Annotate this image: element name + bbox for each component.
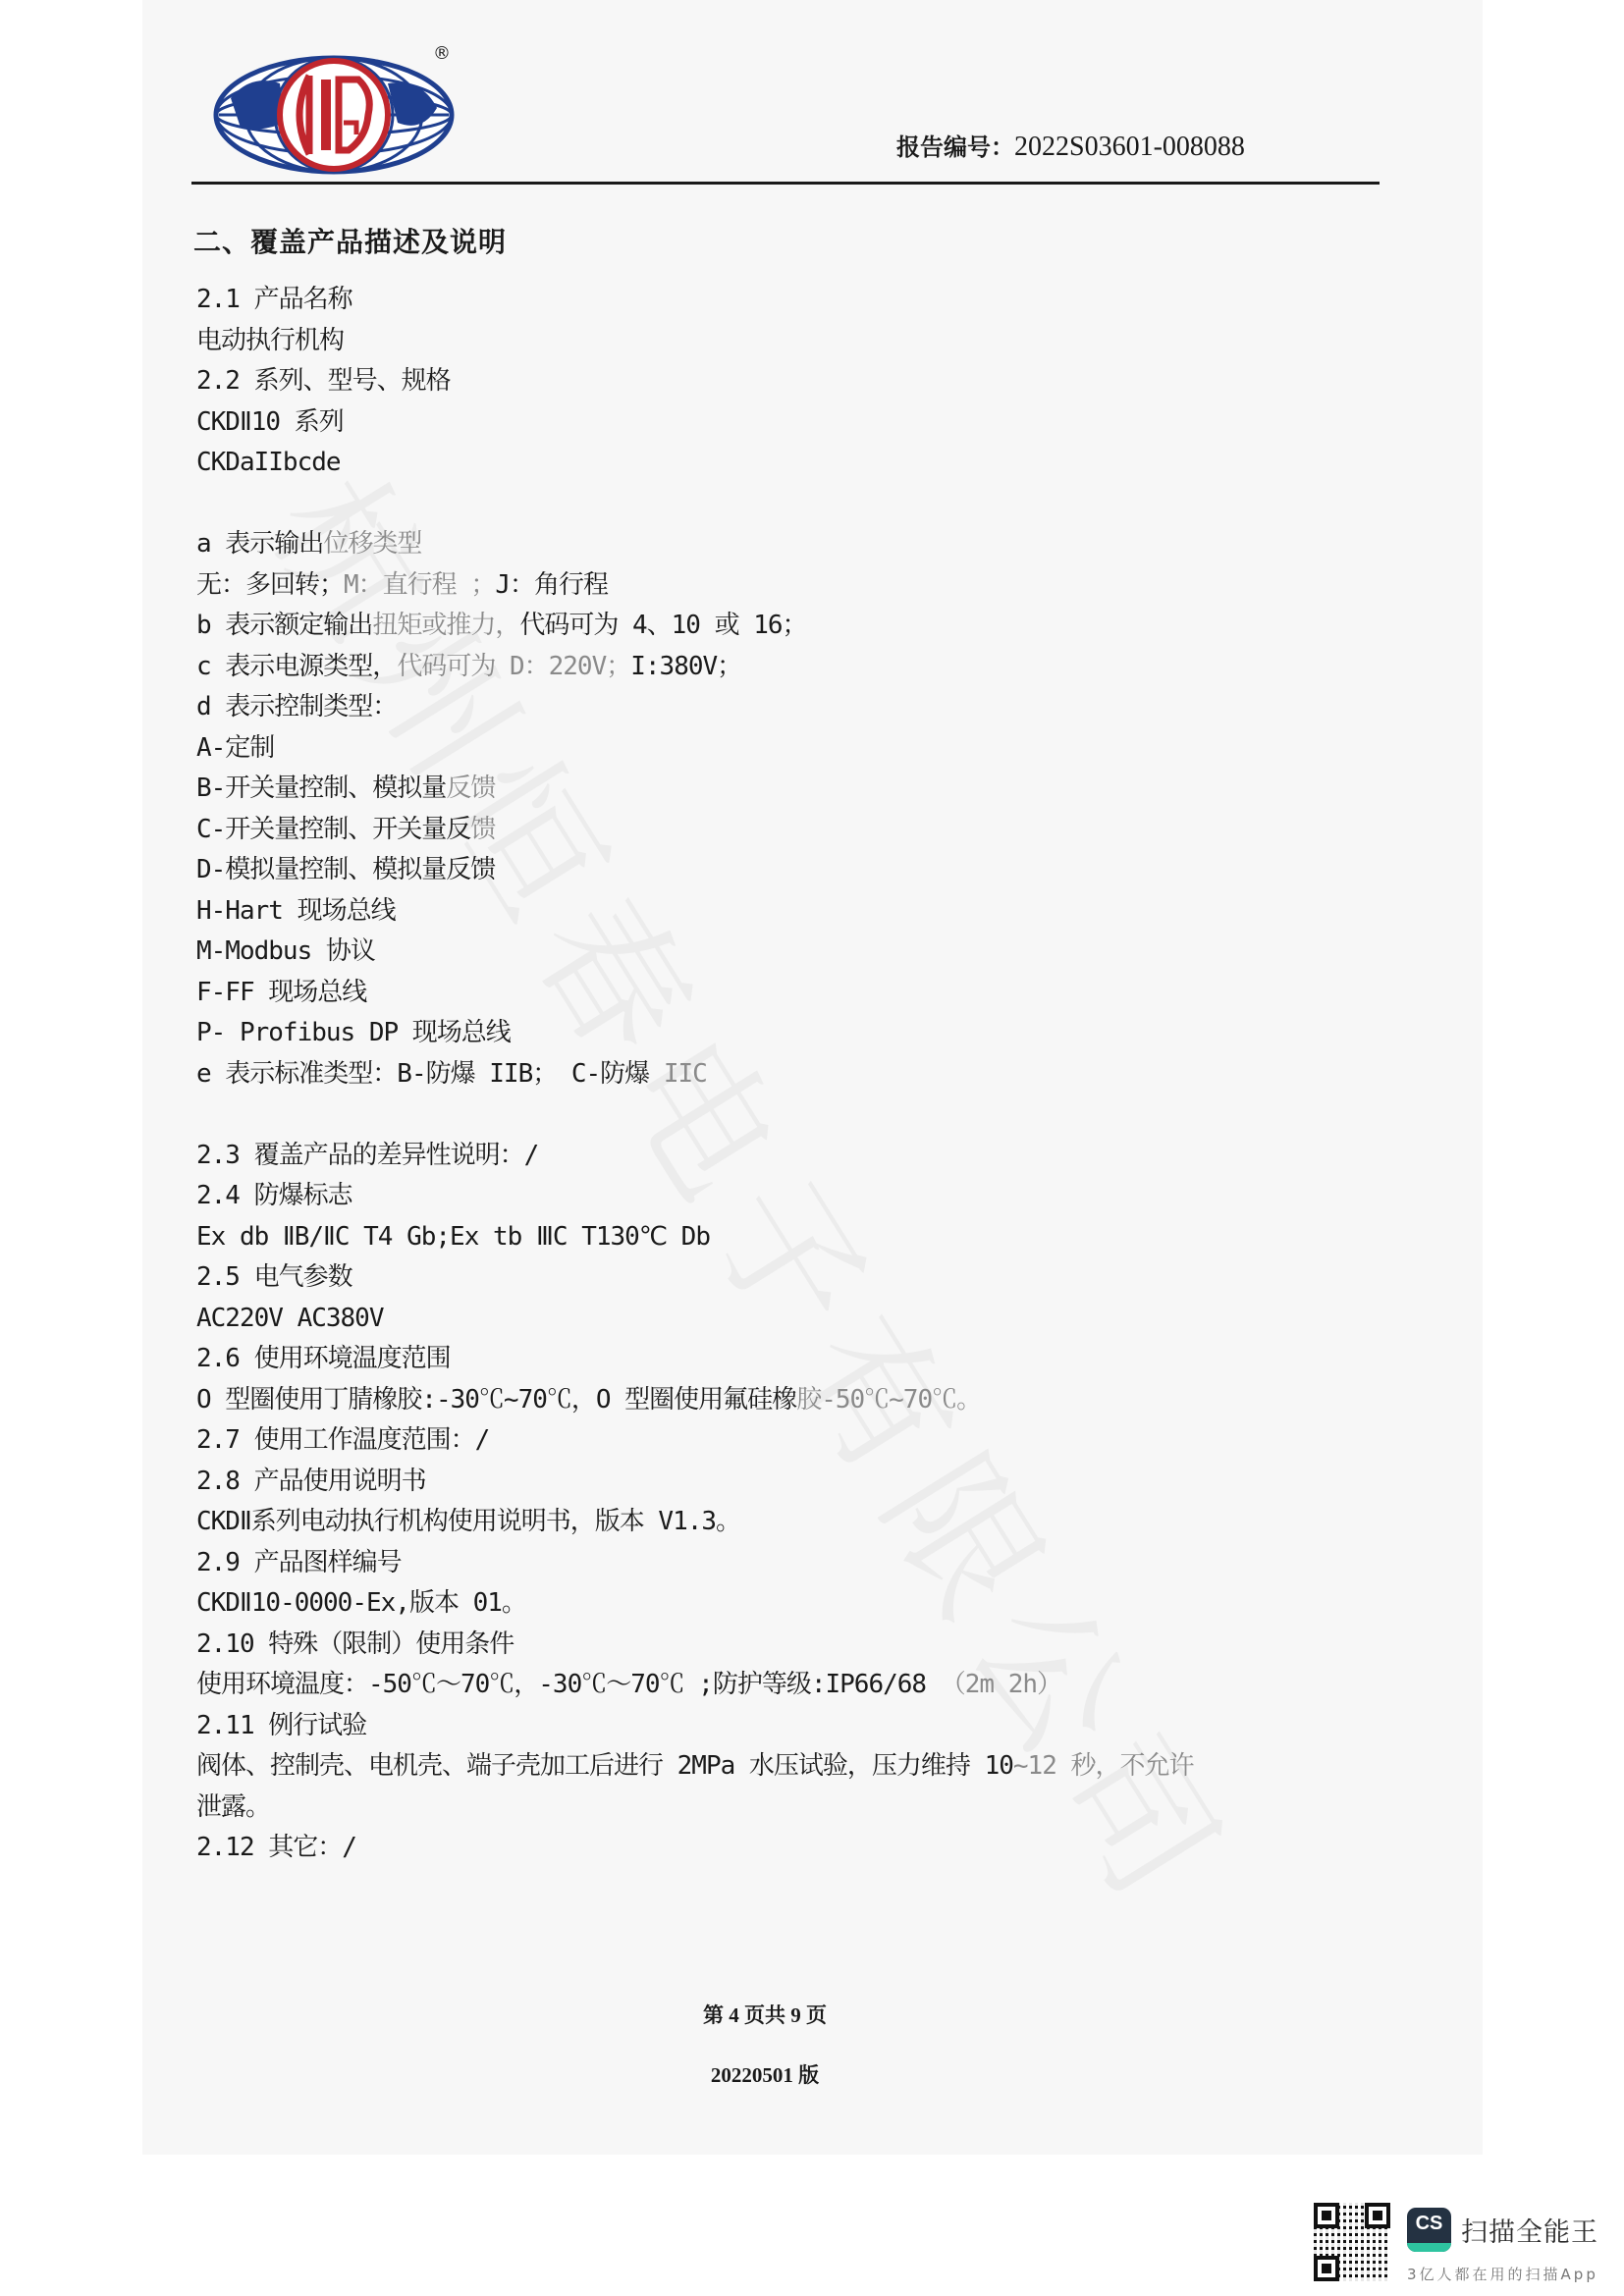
registered-trademark-icon: ®	[433, 43, 451, 64]
line-segment: 代码可为 D：220V；	[397, 652, 630, 681]
document-line: 2.4 防爆标志	[196, 1176, 1414, 1217]
line-segment: J：角行程	[495, 570, 608, 600]
line-segment: 阀体、控制壳、电机壳、端子壳加工后进行 2MPa 水压试验，压力维持 10	[196, 1751, 1013, 1781]
scanner-tagline: 3亿人都在用的扫描App	[1407, 2264, 1598, 2284]
document-line: c 表示电源类型，代码可为 D：220V；I:380V；	[196, 647, 1414, 688]
document-line: CKDⅡ系列电动执行机构使用说明书，版本 V1.3。	[196, 1502, 1414, 1543]
line-segment: 扭矩或推力，	[372, 611, 519, 640]
line-segment: a 表示输出	[196, 529, 323, 559]
line-segment: I:380V；	[630, 652, 741, 681]
document-line: 2.10 特殊（限制）使用条件	[196, 1625, 1414, 1666]
line-segment: （2m 2h）	[941, 1670, 1061, 1699]
document-line: P- Profibus DP 现场总线	[196, 1013, 1414, 1054]
document-line: 2.11 例行试验	[196, 1706, 1414, 1747]
document-body: 2.1 产品名称电动执行机构2.2 系列、型号、规格CKDⅡ10 系列CKDaI…	[196, 280, 1414, 1869]
line-segment: IIC	[664, 1059, 707, 1089]
document-line: A-定制	[196, 728, 1414, 770]
company-logo-icon	[211, 54, 457, 177]
qr-code-icon	[1314, 2203, 1390, 2281]
version-label: 20220501 版	[0, 2059, 1577, 2089]
camscanner-icon: CS	[1407, 2208, 1451, 2252]
document-line: a 表示输出位移类型	[196, 524, 1414, 565]
document-line: 2.2 系列、型号、规格	[196, 361, 1414, 402]
document-line: 阀体、控制壳、电机壳、端子壳加工后进行 2MPa 水压试验，压力维持 10~12…	[196, 1746, 1414, 1788]
document-line: d 表示控制类型：	[196, 687, 1414, 728]
line-segment: c 表示电源类型，	[196, 652, 397, 681]
document-line: M-Modbus 协议	[196, 932, 1414, 973]
report-number-label: 报告编号：	[896, 133, 1014, 161]
line-segment: 代码可为 4、10 或 16；	[519, 611, 806, 640]
section-title: 二、覆盖产品描述及说明	[193, 221, 507, 260]
document-line: CKDaIIbcde	[196, 443, 1414, 484]
document-line: 2.12 其它：/	[196, 1828, 1414, 1869]
document-line: 2.8 产品使用说明书	[196, 1462, 1414, 1503]
document-line: B-开关量控制、模拟量反馈	[196, 769, 1414, 810]
header-divider	[191, 182, 1380, 185]
document-line: 2.7 使用工作温度范围：/	[196, 1420, 1414, 1462]
document-line: CKDⅡ10-0000-Ex,版本 01。	[196, 1583, 1414, 1625]
document-line: 2.6 使用环境温度范围	[196, 1339, 1414, 1380]
document-line	[196, 484, 1414, 525]
document-line: Ex db ⅡB/ⅡC T4 Gb;Ex tb ⅢC T130℃ Db	[196, 1217, 1414, 1258]
document-line: 2.5 电气参数	[196, 1257, 1414, 1299]
document-line: C-开关量控制、开关量反馈	[196, 810, 1414, 851]
line-segment: 位移类型	[323, 529, 421, 559]
document-line: 无：多回转；M：直行程 ；J：角行程	[196, 565, 1414, 607]
document-line: O 型圈使用丁腈橡胶:-30℃~70℃，O 型圈使用氟硅橡胶-50℃~70℃。	[196, 1380, 1414, 1421]
document-line: CKDⅡ10 系列	[196, 402, 1414, 444]
line-segment: O 型圈使用丁腈橡胶:-30℃~70℃，O 型圈使用氟硅橡	[196, 1385, 796, 1415]
document-line: 使用环境温度：-50℃～70℃，-30℃～70℃ ;防护等级:IP66/68 （…	[196, 1665, 1414, 1706]
report-number-value: 2022S03601-008088	[1014, 132, 1245, 162]
document-line	[196, 1095, 1414, 1136]
line-segment: 无：多回转；	[196, 570, 344, 600]
document-line: 2.9 产品图样编号	[196, 1543, 1414, 1584]
line-segment: B-开关量控制、模拟量	[196, 774, 446, 803]
line-segment: M：直行程 ；	[344, 570, 495, 600]
line-segment: C-开关量控制、开关量反	[196, 815, 470, 844]
scanner-app-badge: CS 扫描全能王 3亿人都在用的扫描App	[1314, 2203, 1620, 2291]
report-number: 报告编号：2022S03601-008088	[896, 128, 1245, 163]
document-line: 电动执行机构	[196, 321, 1414, 362]
line-segment: e 表示标准类型：B-防爆 IIB； C-防爆	[196, 1059, 664, 1089]
document-line: D-模拟量控制、模拟量反馈	[196, 850, 1414, 891]
document-line: 泄露。	[196, 1788, 1414, 1829]
line-segment: 馈	[470, 815, 495, 844]
line-segment: ~12 秒，不允许	[1013, 1751, 1194, 1781]
page-indicator: 第 4 页共 9 页	[0, 2000, 1577, 2029]
document-line: 2.1 产品名称	[196, 280, 1414, 321]
document-line: AC220V AC380V	[196, 1299, 1414, 1340]
document-line: 2.3 覆盖产品的差异性说明：/	[196, 1136, 1414, 1177]
document-line: F-FF 现场总线	[196, 973, 1414, 1014]
line-segment: 使用环境温度：-50℃～70℃，-30℃～70℃ ;防护等级:IP66/68	[196, 1670, 941, 1699]
document-line: H-Hart 现场总线	[196, 891, 1414, 933]
document-line: e 表示标准类型：B-防爆 IIB； C-防爆 IIC	[196, 1054, 1414, 1095]
document-line: b 表示额定输出扭矩或推力，代码可为 4、10 或 16；	[196, 606, 1414, 647]
line-segment: b 表示额定输出	[196, 611, 372, 640]
line-segment: 反馈	[446, 774, 495, 803]
line-segment: 胶-50℃~70℃。	[796, 1385, 981, 1415]
scanner-app-name: 扫描全能王	[1461, 2211, 1598, 2249]
